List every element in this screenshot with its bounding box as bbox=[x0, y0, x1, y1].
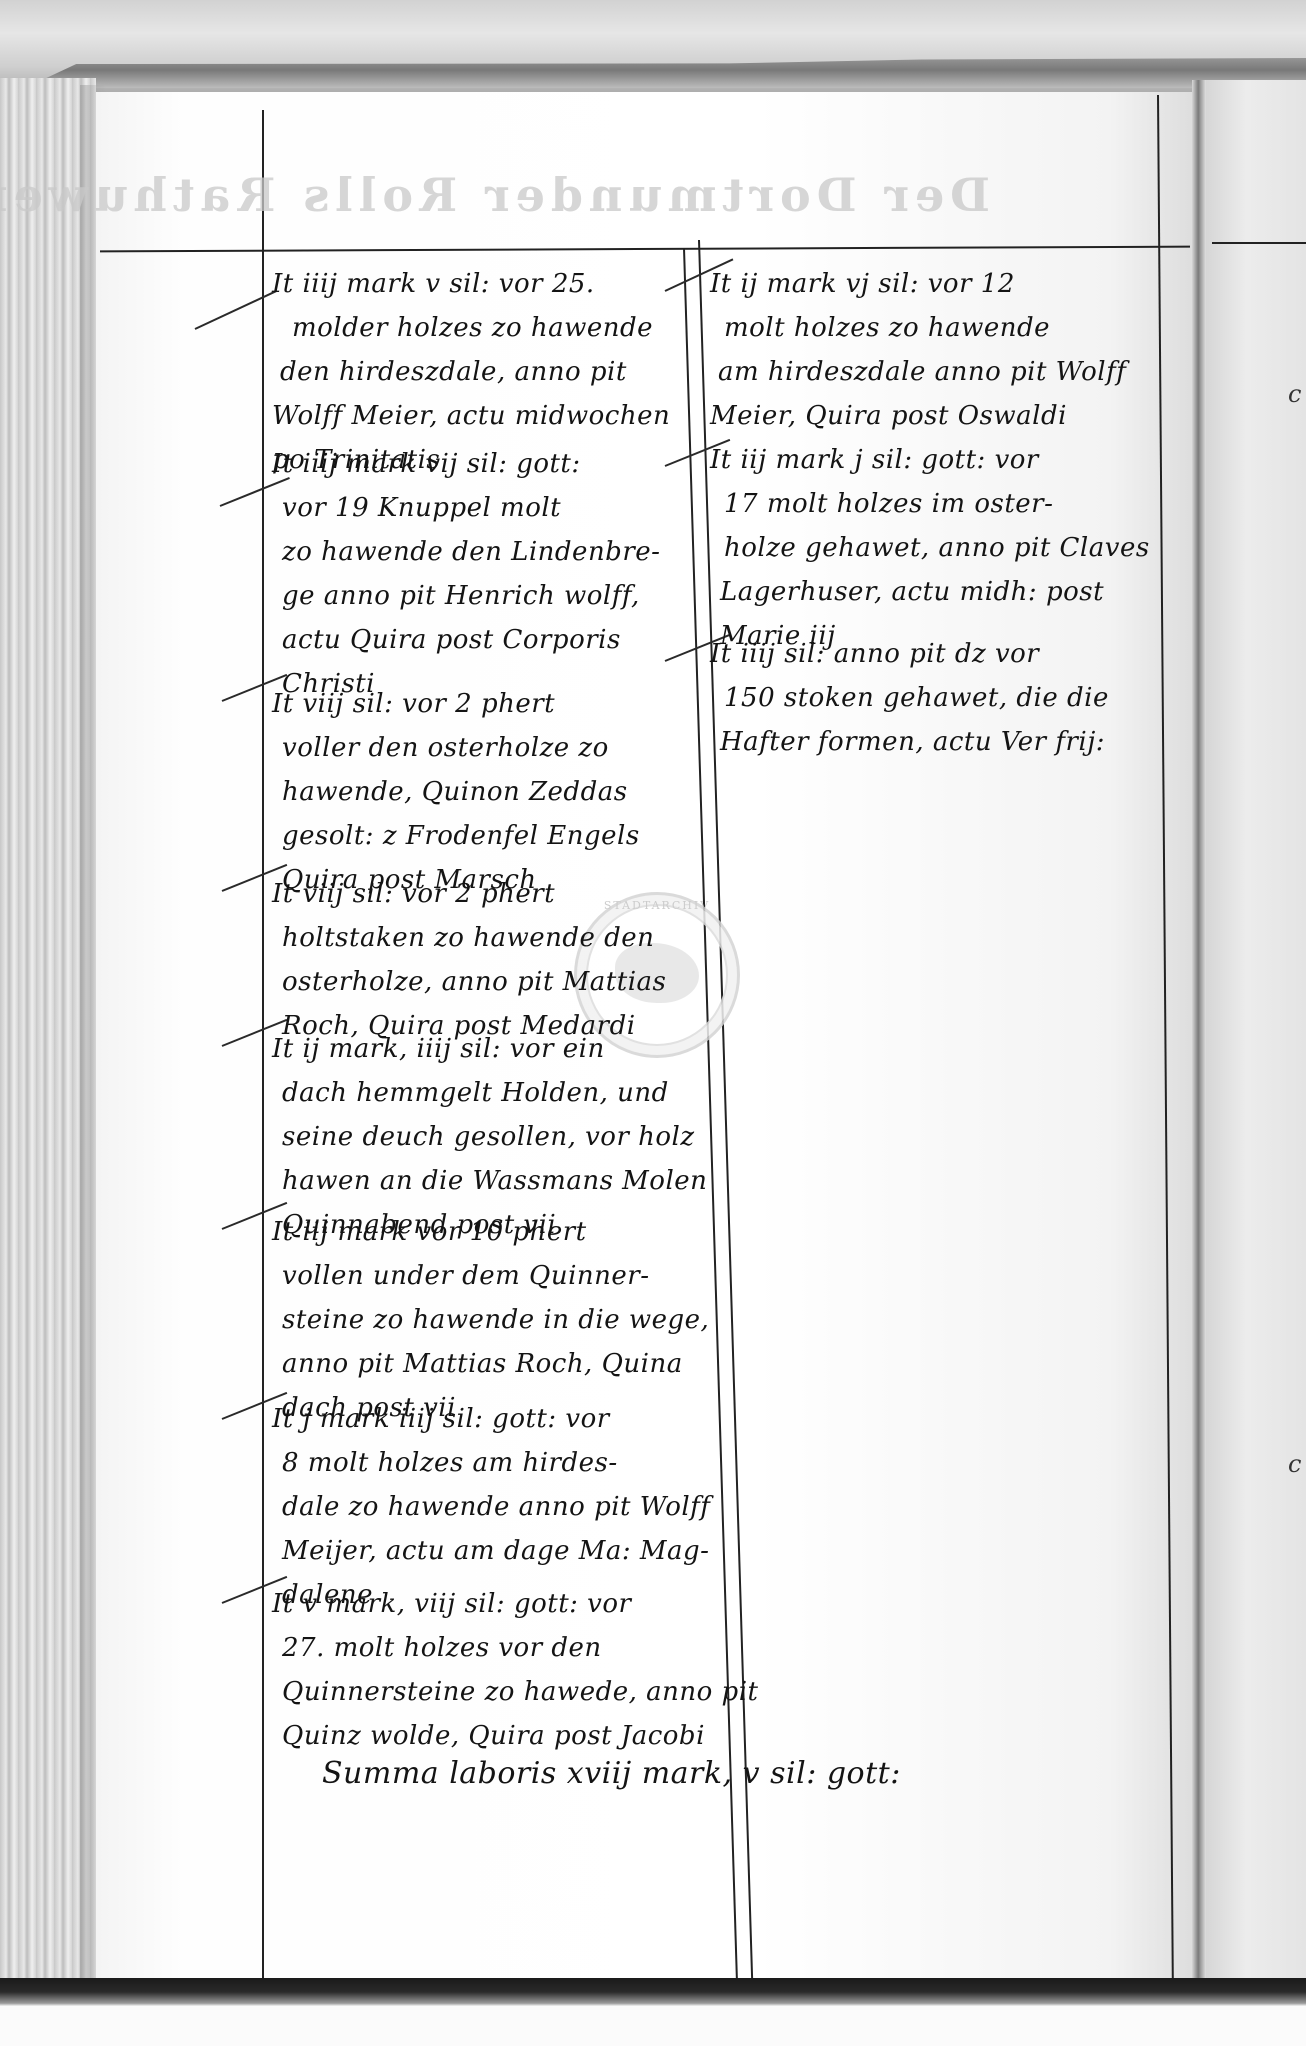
entry-line: am hirdeszdale anno pit Wolff bbox=[710, 350, 1126, 394]
left-margin-rule bbox=[262, 110, 264, 1980]
next-page-rule bbox=[1212, 242, 1306, 244]
entry-line: Lagerhuser, actu midh: post bbox=[710, 570, 1150, 614]
total-line: Summa laboris xviij mark, v sil: gott: bbox=[322, 1752, 901, 1796]
entry-line: 8 molt holzes am hirdes- bbox=[272, 1441, 710, 1485]
entry-line: den hirdeszdale, anno pit bbox=[272, 350, 670, 394]
entry-line: It ij mark, iiij sil: vor ein bbox=[272, 1027, 707, 1071]
entry-line: vollen under dem Quinner- bbox=[272, 1254, 709, 1298]
next-page-margin-mark: c bbox=[1288, 1450, 1301, 1478]
entry-line: hawende, Quinon Zeddas bbox=[272, 770, 640, 814]
entry-line: Quinnersteine zo hawede, anno pit bbox=[272, 1670, 758, 1714]
ledger-total: Summa laboris xviij mark, v sil: gott: bbox=[322, 1752, 901, 1796]
entry-line: 150 stoken gehawet, die die bbox=[710, 676, 1109, 720]
entry-line: dale zo hawende anno pit Wolff bbox=[272, 1485, 710, 1529]
entry-line: It iij mark vor 10 phert bbox=[272, 1210, 709, 1254]
scan-background bbox=[0, 2006, 1306, 2046]
entry-line: actu Quira post Corporis bbox=[272, 618, 660, 662]
next-page-sliver: c c bbox=[1206, 80, 1306, 1990]
ledger-entry: It viij sil: vor 2 phert holtstaken zo h… bbox=[272, 872, 666, 1048]
entry-line: anno pit Mattias Roch, Quina bbox=[272, 1342, 709, 1386]
entry-line: holtstaken zo hawende den bbox=[272, 916, 666, 960]
entry-line: steine zo hawende in die wege, bbox=[272, 1298, 709, 1342]
next-page-margin-mark: c bbox=[1288, 380, 1301, 408]
entry-line: zo hawende den Lindenbre- bbox=[272, 530, 660, 574]
entry-line: Hafter formen, actu Ver frij: bbox=[710, 720, 1109, 764]
ledger-entry: It iiij mark vij sil: gott: vor 19 Knupp… bbox=[272, 442, 660, 706]
entry-line: It iiij mark vij sil: gott: bbox=[272, 442, 660, 486]
entry-line: 27. molt holzes vor den bbox=[272, 1626, 758, 1670]
book-gutter bbox=[1192, 80, 1206, 1990]
entry-line: It ij mark vj sil: vor 12 bbox=[710, 262, 1126, 306]
entry-line: It j mark iiij sil: gott: vor bbox=[272, 1397, 710, 1441]
entry-line: seine deuch gesollen, vor holz bbox=[272, 1115, 707, 1159]
entry-line: It viij sil: vor 2 phert bbox=[272, 682, 640, 726]
entry-line: molder holzes zo hawende bbox=[272, 306, 670, 350]
entry-line: 17 molt holzes im oster- bbox=[710, 482, 1150, 526]
entry-line: gesolt: z Frodenfel Engels bbox=[272, 814, 640, 858]
entry-line: osterholze, anno pit Mattias bbox=[272, 960, 666, 1004]
entry-line: Meijer, actu am dage Ma: Mag- bbox=[272, 1529, 710, 1573]
entry-line: It v mark, viij sil: gott: vor bbox=[272, 1582, 758, 1626]
entry-line: It iiij sil: anno pit dz vor bbox=[710, 632, 1109, 676]
ledger-entry: It iiij sil: anno pit dz vor 150 stoken … bbox=[710, 632, 1109, 764]
entry-line: dach hemmgelt Holden, und bbox=[272, 1071, 707, 1115]
entry-line: molt holzes zo hawende bbox=[710, 306, 1126, 350]
manuscript-scan: c c Der Dortmunder Rolls Rathuwer STADTA… bbox=[0, 0, 1306, 2046]
entry-line: voller den osterholze zo bbox=[272, 726, 640, 770]
ledger-entry: It ij mark vj sil: vor 12 molt holzes zo… bbox=[710, 262, 1126, 438]
entry-line: vor 19 Knuppel molt bbox=[272, 486, 660, 530]
entry-line: holze gehawet, anno pit Claves bbox=[710, 526, 1150, 570]
entry-line: It iij mark j sil: gott: vor bbox=[710, 438, 1150, 482]
page-bottom-shadow bbox=[0, 1978, 1306, 2006]
entry-line: Wolff Meier, actu midwochen bbox=[272, 394, 670, 438]
entry-line: It viij sil: vor 2 phert bbox=[272, 872, 666, 916]
bleed-through-heading: Der Dortmunder Rolls Rathuwer bbox=[270, 168, 990, 238]
entry-line: ge anno pit Henrich wolff, bbox=[272, 574, 660, 618]
ledger-entry: It v mark, viij sil: gott: vor 27. molt … bbox=[272, 1582, 758, 1758]
entry-line: Meier, Quira post Oswaldi bbox=[710, 394, 1126, 438]
ledger-entry: It iij mark j sil: gott: vor 17 molt hol… bbox=[710, 438, 1150, 658]
entry-line: hawen an die Wassmans Molen bbox=[272, 1159, 707, 1203]
entry-line: It iiij mark v sil: vor 25. bbox=[272, 262, 670, 306]
ledger-entry: It viij sil: vor 2 phert voller den oste… bbox=[272, 682, 640, 902]
